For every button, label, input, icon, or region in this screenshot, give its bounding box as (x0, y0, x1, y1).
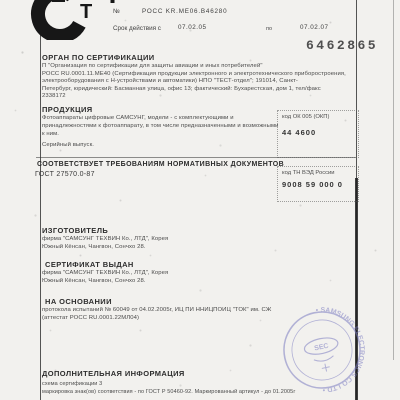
okp-code-value: 44 4600 (282, 128, 358, 137)
manufacturer-line: фирма "САМСУНГ ТЕХВИН Ко., ЛТД", Корея (42, 236, 168, 243)
validity-from-date: 07.02.05 (178, 24, 207, 31)
validity-label: Срок действия с (113, 25, 161, 32)
tnved-code-box: код ТН ВЭД России 9008 59 000 0 (277, 166, 359, 202)
basis-title: НА ОСНОВАНИИ (45, 297, 112, 306)
certification-body-title: ОРГАН ПО СЕРТИФИКАЦИИ (42, 53, 155, 62)
stamp-center-text: SEC (314, 343, 330, 353)
product-line: к ним. (42, 131, 59, 138)
validity-to-label: по (266, 26, 272, 32)
basis-line: (аттестат РОСС RU.0001.22МЛ04) (42, 315, 139, 322)
additional-info-title: ДОПОЛНИТЕЛЬНАЯ ИНФОРМАЦИЯ (42, 369, 185, 378)
certification-body-line: электрооборудования с Н-устройствами и а… (42, 78, 298, 85)
issued-to-line: фирма "САМСУНГ ТЕХВИН Ко., ЛТД", Корея (42, 270, 168, 277)
certification-body-line: П "Организация по сертификации для защит… (42, 63, 263, 70)
okp-code-label: код ОК 005 (ОКП) (282, 114, 358, 120)
certification-body-line: РОСС RU.0001.11.МЕ40 (Сертификация проду… (42, 71, 346, 78)
okp-code-box: код ОК 005 (ОКП) 44 4600 (277, 110, 359, 158)
additional-info-line: схема сертификации 3 (42, 381, 102, 388)
certificate-number-value: РОСС KR.МЕ06.В46280 (142, 8, 227, 15)
manufacturer-line: Южный Кёнсан, Чангвон, Сончхо 28. (42, 244, 146, 251)
gost-r-rst-logo: Т (22, 0, 128, 40)
tnved-code-value: 9008 59 000 0 (282, 180, 358, 189)
validity-to-date: 07.02.07 (300, 24, 329, 31)
issued-to-line: Южный Кёнсан, Чангвон, Сончхо 28. (42, 278, 146, 285)
product-section-title: ПРОДУКЦИЯ (42, 105, 93, 114)
tnved-code-label: код ТН ВЭД России (282, 170, 358, 176)
certification-body-line: Петербург, юридический: Басманная улица,… (42, 86, 321, 93)
scanned-certificate-page: Т № РОСС KR.МЕ06.В46280 Срок действия с … (0, 0, 400, 400)
additional-info-line: маркировка знак(ов) соответствия - по ГО… (42, 389, 295, 396)
company-round-stamp: • SAMSUNG ELECTRONICS CO LTD • SEC (265, 293, 379, 400)
blank-serial-number: 6462865 (306, 38, 378, 53)
certification-body-line: 2338172 (42, 93, 66, 100)
product-line: Фотоаппараты цифровые САМСУНГ, модели - … (42, 115, 234, 122)
issued-to-title: СЕРТИФИКАТ ВЫДАН (45, 260, 134, 269)
basis-line: протокола испытаний № 60049 от 04.02.200… (42, 307, 271, 314)
conformity-standard: ГОСТ 27570.0-87 (35, 171, 95, 178)
conformity-title: СООТВЕТСТВУЕТ ТРЕБОВАНИЯМ НОРМАТИВНЫХ ДО… (37, 161, 284, 168)
certificate-number-label: № (113, 8, 120, 15)
svg-text:Т: Т (80, 1, 92, 23)
product-line: принадлежностями к фотоаппарату, в том ч… (42, 123, 279, 130)
product-line: Серийный выпуск. (42, 142, 94, 149)
manufacturer-title: ИЗГОТОВИТЕЛЬ (42, 226, 108, 235)
